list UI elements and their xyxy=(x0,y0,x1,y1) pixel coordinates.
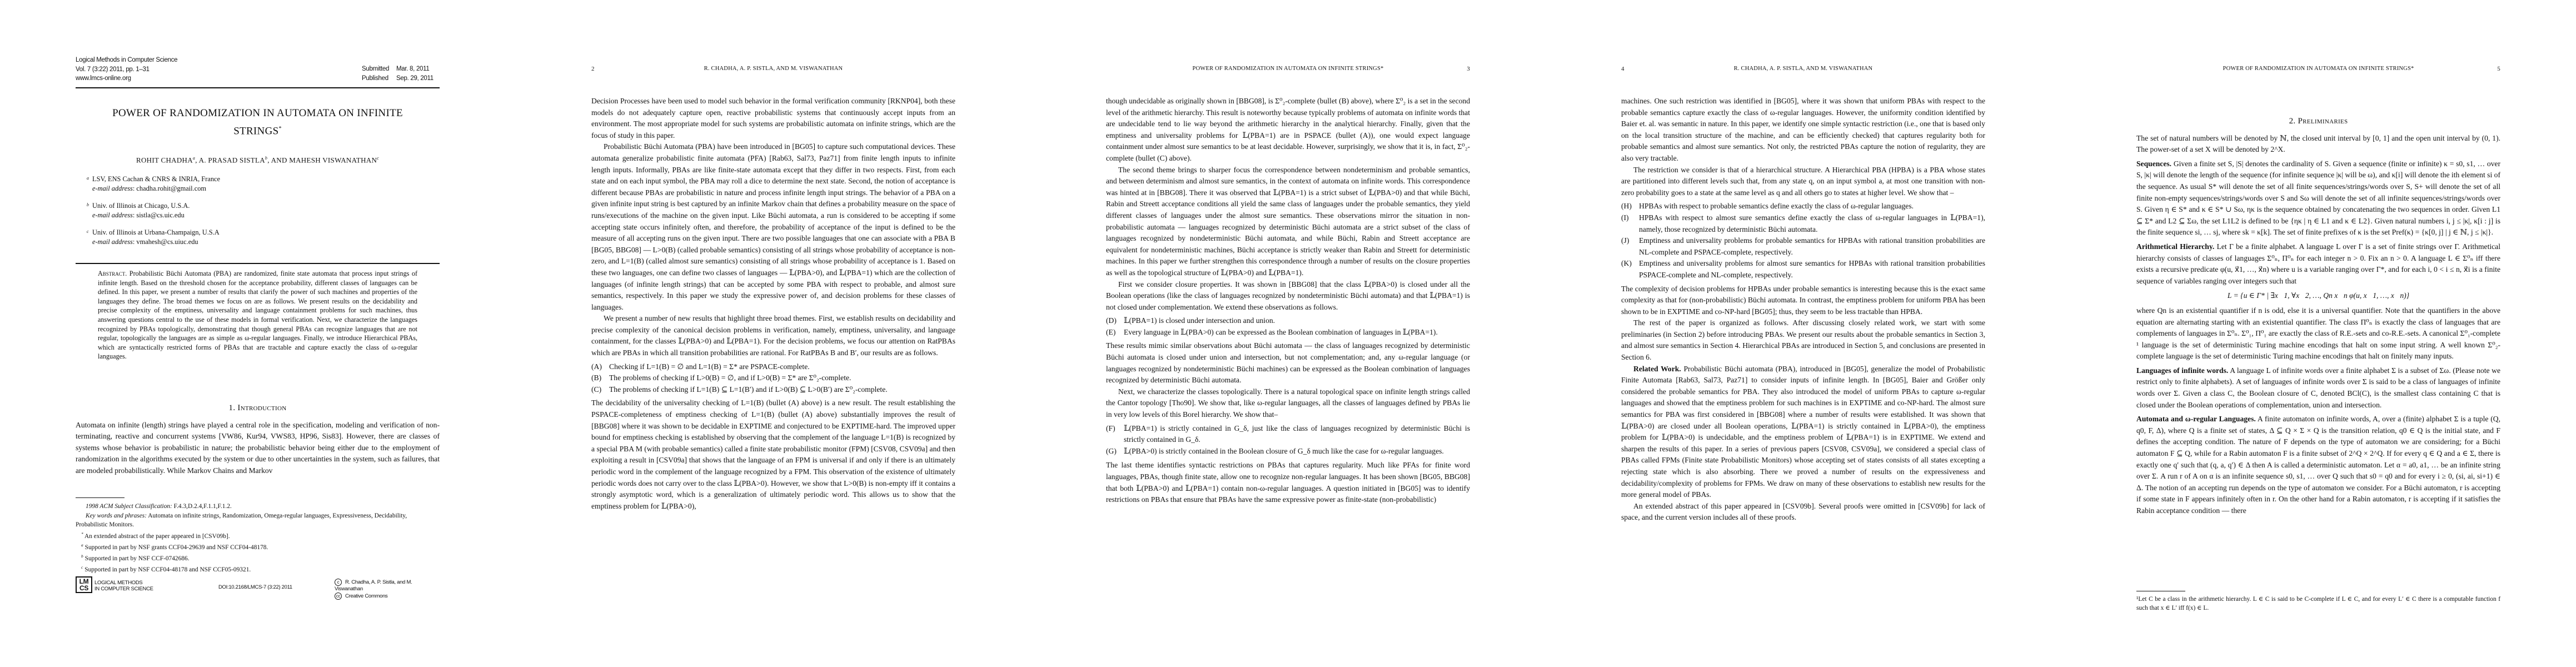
affiliation-mark: a xyxy=(87,173,89,183)
section-heading: 2. Preliminaries xyxy=(2136,116,2500,127)
paragraph: The decidability of the universality che… xyxy=(591,397,955,512)
email-label: e-mail address xyxy=(92,185,133,192)
list-item: (H)HPBAs with respect to probable semant… xyxy=(1621,201,1985,212)
copyright-icon: c xyxy=(335,579,342,586)
item-label: (J) xyxy=(1621,235,1629,247)
submitted-date: Mar. 8, 2011 xyxy=(396,66,429,72)
related-work-label: Related Work. xyxy=(1633,365,1681,373)
logo-line-1: LOGICAL METHODS xyxy=(94,580,153,586)
page-body: machines. One such restriction was ident… xyxy=(1621,96,1985,524)
lmcs-logo-text: LOGICAL METHODS IN COMPUTER SCIENCE xyxy=(94,580,153,592)
footnote-rule xyxy=(2136,591,2185,591)
section-heading: 1. Introduction xyxy=(76,402,440,414)
page-number: 5 xyxy=(2497,66,2500,72)
affiliation: c Univ. of Illinois at Urbana-Champaign,… xyxy=(87,228,420,247)
item-label: (F) xyxy=(1106,423,1115,435)
paragraph: Automata and ω-regular Languages. A fini… xyxy=(2136,414,2500,516)
author-list: ROHIT CHADHAa, A. PRASAD SISTLAb, AND MA… xyxy=(76,156,440,165)
acm-label: 1998 ACM Subject Classification: xyxy=(86,503,172,510)
item-text: Emptiness and universality problems for … xyxy=(1639,236,1985,256)
abstract-text: Probabilistic Büchi Automata (PBA) are r… xyxy=(98,270,417,360)
email-address[interactable]: sistla@cs.uic.edu xyxy=(136,211,184,219)
list-item: (D)𝕃(PBA=1) is closed under intersection… xyxy=(1106,315,1470,327)
logo-line-2: IN COMPUTER SCIENCE xyxy=(94,586,153,592)
doi[interactable]: DOI:10.2168/LMCS-7 (3:22) 2011 xyxy=(218,584,292,590)
paragraph: though undecidable as originally shown i… xyxy=(1106,96,1470,165)
paragraph: machines. One such restriction was ident… xyxy=(1621,96,1985,165)
footnote-b: Supported in part by NSF CCF-0742686. xyxy=(85,555,190,562)
results-list: (A)Checking if L=1(B) = ∅ and L=1(B) = Σ… xyxy=(591,361,955,396)
list-item: (G)𝕃(PBA>0) is strictly contained in the… xyxy=(1106,446,1470,457)
paragraph: An extended abstract of this paper appea… xyxy=(1621,501,1985,524)
affiliation: a LSV, ENS Cachan & CNRS & INRIA, France… xyxy=(87,175,420,193)
author-name: A. PRASAD SISTLA xyxy=(199,156,265,164)
list-item: (C)The problems of checking if L=1(B) ⊆ … xyxy=(591,384,955,396)
affiliation-institution: Univ. of Illinois at Urbana-Champaign, U… xyxy=(92,228,420,237)
paper-title: POWER OF RANDOMIZATION IN AUTOMATA ON IN… xyxy=(76,106,440,139)
affiliation-mark: b xyxy=(87,200,89,210)
paragraph: We present a number of new results that … xyxy=(591,313,955,359)
page-body: though undecidable as originally shown i… xyxy=(1106,96,1470,506)
running-head: POWER OF RANDOMIZATION IN AUTOMATA ON IN… xyxy=(2136,66,2500,74)
item-text: Every language in 𝕃(PBA>0) can be expres… xyxy=(1124,328,1438,336)
paragraph: Related Work. Probabilistic Büchi automa… xyxy=(1621,364,1985,501)
submission-dates: SubmittedMar. 8, 2011 PublishedSep. 29, … xyxy=(362,64,440,83)
sequences-label: Sequences. xyxy=(2136,160,2171,168)
item-label: (B) xyxy=(591,372,601,384)
item-text: 𝕃(PBA=1) is strictly contained in G_δ, j… xyxy=(1124,424,1470,444)
paragraph: The set of natural numbers will be denot… xyxy=(2136,133,2500,156)
list-item: (F)𝕃(PBA=1) is strictly contained in G_δ… xyxy=(1106,423,1470,446)
license[interactable]: Creative Commons xyxy=(345,593,388,599)
acm-value: F.4.3,D.2.4,F.1.1,F.1.2. xyxy=(174,503,232,510)
author-name: MAHESH VISWANATHAN xyxy=(289,156,377,164)
paragraph: Decision Processes have been used to mod… xyxy=(591,96,955,141)
email-address[interactable]: chadha.rohit@gmail.com xyxy=(136,185,206,192)
page-2: 2 R. CHADHA, A. P. SISTLA, AND M. VISWAN… xyxy=(516,0,1031,667)
running-head: POWER OF RANDOMIZATION IN AUTOMATA ON IN… xyxy=(1106,66,1470,74)
paragraph: Sequences. Given a finite set S, |S| den… xyxy=(2136,158,2500,238)
paragraph: The complexity of decision problems for … xyxy=(1621,283,1985,318)
title-footnote-mark[interactable]: * xyxy=(278,126,281,132)
page-1: Logical Methods in Computer Science Vol.… xyxy=(0,0,515,667)
title-line-1: POWER OF RANDOMIZATION IN AUTOMATA ON IN… xyxy=(76,106,440,121)
lmcs-logo-icon: LM CS xyxy=(76,576,92,593)
author-separator: , AND xyxy=(267,156,289,164)
page-3: POWER OF RANDOMIZATION IN AUTOMATA ON IN… xyxy=(1030,0,1546,667)
languages-label: Languages of infinite words. xyxy=(2136,366,2228,375)
results-list: (D)𝕃(PBA=1) is closed under intersection… xyxy=(1106,315,1470,338)
item-text: 𝕃(PBA=1) is closed under intersection an… xyxy=(1124,316,1275,325)
paragraph: Probabilistic Büchi Automata (PBA) have … xyxy=(591,141,955,313)
paragraph: The restriction we consider is that of a… xyxy=(1621,165,1985,199)
title-line-2: STRINGS xyxy=(233,125,278,137)
paragraph: These results mimic similar observations… xyxy=(1106,340,1470,386)
item-label: (C) xyxy=(591,384,601,396)
footnote: ¹Let C be a class in the arithmetic hier… xyxy=(2136,595,2500,613)
item-label: (A) xyxy=(591,361,602,373)
running-head-title: POWER OF RANDOMIZATION IN AUTOMATA ON IN… xyxy=(2136,66,2500,72)
paragraph: Languages of infinite words. A language … xyxy=(2136,365,2500,411)
abstract-label: Abstract. xyxy=(98,270,127,277)
copyright-holders: R. Chadha, A. P. Sistla, and M. Viswanat… xyxy=(335,579,412,592)
page-footer: LM CS LOGICAL METHODS IN COMPUTER SCIENC… xyxy=(76,576,440,594)
page-4: 4 R. CHADHA, A. P. SISTLA, AND M. VISWAN… xyxy=(1546,0,2061,667)
list-item: (B)The problems of checking if L>0(B) = … xyxy=(591,372,955,384)
copyright: cR. Chadha, A. P. Sistla, and M. Viswana… xyxy=(335,579,440,600)
paragraph: The rest of the paper is organized as fo… xyxy=(1621,317,1985,363)
running-head-title: POWER OF RANDOMIZATION IN AUTOMATA ON IN… xyxy=(1106,66,1470,72)
item-label: (E) xyxy=(1106,327,1115,339)
affiliations: a LSV, ENS Cachan & CNRS & INRIA, France… xyxy=(87,175,420,255)
paragraph: First we consider closure properties. It… xyxy=(1106,279,1470,313)
paragraph: where Qn is an existential quantifier if… xyxy=(2136,305,2500,362)
introduction: 1. Introduction Automata on infinite (le… xyxy=(76,398,440,477)
affiliation-mark: c xyxy=(87,227,89,236)
item-text: The problems of checking if L=1(B) ⊆ L=1… xyxy=(609,385,888,394)
item-text: HPBAs with respect to almost sure semant… xyxy=(1639,213,1985,233)
journal-header: Logical Methods in Computer Science Vol.… xyxy=(76,56,440,83)
author-mark: c xyxy=(377,156,379,161)
published-label: Published xyxy=(362,74,396,83)
list-item: (J)Emptiness and universality problems f… xyxy=(1621,235,1985,258)
list-item: (K)Emptiness and universality problems f… xyxy=(1621,258,1985,281)
results-list: (F)𝕃(PBA=1) is strictly contained in G_δ… xyxy=(1106,423,1470,457)
results-list: (H)HPBAs with respect to probable semant… xyxy=(1621,201,1985,281)
arithmetical-hierarchy-label: Arithmetical Hierarchy. xyxy=(2136,242,2214,251)
related-work-text: Probabilistic Büchi automata (PBA), intr… xyxy=(1621,365,1985,499)
email-label: e-mail address xyxy=(92,238,133,246)
page-number: 3 xyxy=(1467,66,1470,72)
page-5: POWER OF RANDOMIZATION IN AUTOMATA ON IN… xyxy=(2061,0,2576,667)
running-head-authors: R. CHADHA, A. P. SISTLA, AND M. VISWANAT… xyxy=(591,66,955,72)
submitted-label: Submitted xyxy=(362,64,396,74)
email-label: e-mail address xyxy=(92,211,133,219)
paragraph: Automata on infinite (length) strings ha… xyxy=(76,420,440,477)
creative-commons-icon: cc xyxy=(335,593,342,600)
item-label: (D) xyxy=(1106,315,1117,327)
list-item: (A)Checking if L=1(B) = ∅ and L=1(B) = Σ… xyxy=(591,361,955,373)
page-body: Decision Processes have been used to mod… xyxy=(591,96,955,512)
footnotes: 1998 ACM Subject Classification: F.4.3,D… xyxy=(76,502,440,575)
item-label: (G) xyxy=(1106,446,1117,457)
equation: L = {u ∈ Γ* | ∃x⃗1, ∀x⃗2, …, Qn x⃗n φ(u,… xyxy=(2136,290,2500,302)
automata-text: A finite automaton on infinite words, A,… xyxy=(2136,415,2500,515)
item-text: Checking if L=1(B) = ∅ and L=1(B) = Σ* a… xyxy=(609,362,810,371)
automata-label: Automata and ω-regular Languages. xyxy=(2136,415,2256,423)
affiliation-institution: Univ. of Illinois at Chicago, U.S.A. xyxy=(92,201,420,211)
page-body: 2. Preliminaries The set of natural numb… xyxy=(2136,111,2500,517)
keywords-label: Key words and phrases: xyxy=(86,512,147,519)
paragraph: Next, we characterize the classes topolo… xyxy=(1106,386,1470,421)
item-text: HPBAs with respect to probable semantics… xyxy=(1639,202,1914,210)
running-head-authors: R. CHADHA, A. P. SISTLA, AND M. VISWANAT… xyxy=(1621,66,1985,72)
published-date: Sep. 29, 2011 xyxy=(396,75,434,82)
item-text: The problems of checking if L>0(B) = ∅, … xyxy=(609,374,851,382)
sequences-text: Given a finite set S, |S| denotes the ca… xyxy=(2136,160,2500,237)
running-head: 2 R. CHADHA, A. P. SISTLA, AND M. VISWAN… xyxy=(591,66,955,74)
paragraph: The last theme identifies syntactic rest… xyxy=(1106,460,1470,505)
abstract: Abstract. Probabilistic Büchi Automata (… xyxy=(98,269,417,361)
running-head: 4 R. CHADHA, A. P. SISTLA, AND M. VISWAN… xyxy=(1621,66,1985,74)
item-text: Emptiness and universality problems for … xyxy=(1639,259,1985,279)
footnote-a: Supported in part by NSF grants CCF04-29… xyxy=(85,544,268,551)
header-rule xyxy=(76,87,440,88)
journal-name: Logical Methods in Computer Science xyxy=(76,56,440,65)
item-label: (I) xyxy=(1621,212,1629,224)
list-item: (E)Every language in 𝕃(PBA>0) can be exp… xyxy=(1106,327,1470,339)
item-label: (H) xyxy=(1621,201,1632,212)
affiliation: b Univ. of Illinois at Chicago, U.S.A. e… xyxy=(87,201,420,220)
footnote-star: An extended abstract of the paper appear… xyxy=(84,532,230,539)
paragraph: Arithmetical Hierarchy. Let Γ be a finit… xyxy=(2136,241,2500,287)
item-text: 𝕃(PBA>0) is strictly contained in the Bo… xyxy=(1124,447,1444,455)
item-label: (K) xyxy=(1621,258,1632,270)
affiliation-rule xyxy=(76,263,440,264)
affiliation-institution: LSV, ENS Cachan & CNRS & INRIA, France xyxy=(92,175,420,184)
author-name: ROHIT CHADHA xyxy=(136,156,193,164)
list-item: (I)HPBAs with respect to almost sure sem… xyxy=(1621,212,1985,235)
footnote-c: Supported in part by NSF CCF04-48178 and… xyxy=(84,566,251,573)
email-address[interactable]: vmahesh@cs.uiuc.edu xyxy=(136,238,198,246)
paragraph: The second theme brings to sharper focus… xyxy=(1106,165,1470,279)
footnote-rule xyxy=(76,497,124,498)
